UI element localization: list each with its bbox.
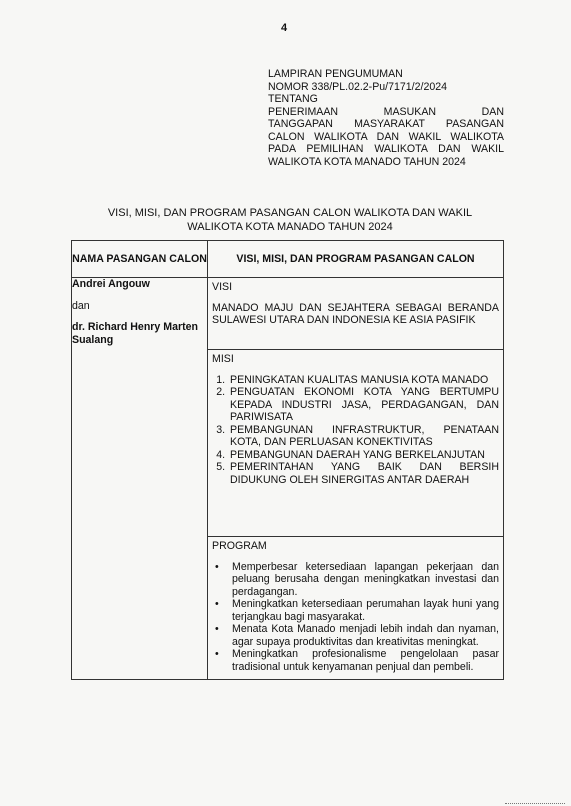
page-number: 4 bbox=[281, 22, 287, 34]
visi-section: VISI MANADO MAJU DAN SEJAHTERA SEBAGAI B… bbox=[208, 278, 503, 350]
program-item: Menata Kota Manado menjadi lebih indah d… bbox=[229, 623, 499, 648]
program-section: PROGRAM Memperbesar ketersediaan lapanga… bbox=[208, 537, 503, 679]
title-line: WALIKOTA KOTA MANADO TAHUN 2024 bbox=[60, 221, 520, 235]
misi-item: PENGUATAN EKONOMI KOTA YANG BERTUMPU KEP… bbox=[228, 386, 499, 424]
lampiran-line: WALIKOTA KOTA MANADO TAHUN 2024 bbox=[268, 156, 504, 169]
candidate-name-1: Andrei Angouw bbox=[72, 278, 207, 291]
lampiran-line: LAMPIRAN PENGUMUMAN bbox=[268, 68, 504, 81]
content-cell: VISI MANADO MAJU DAN SEJAHTERA SEBAGAI B… bbox=[208, 278, 504, 680]
header-visi-misi: VISI, MISI, DAN PROGRAM PASANGAN CALON bbox=[208, 241, 504, 278]
candidate-cell: Andrei Angouw dan dr. Richard Henry Mart… bbox=[72, 278, 208, 680]
misi-item: PENINGKATAN KUALITAS MANUSIA KOTA MANADO bbox=[228, 374, 499, 387]
visi-text: MANADO MAJU DAN SEJAHTERA SEBAGAI BERAND… bbox=[212, 302, 499, 327]
lampiran-line: CALON WALIKOTA DAN WAKIL WALIKOTA bbox=[268, 131, 504, 144]
title-line: VISI, MISI, DAN PROGRAM PASANGAN CALON W… bbox=[60, 207, 520, 221]
lampiran-line: PENERIMAAN MASUKAN DAN bbox=[268, 106, 504, 119]
program-label: PROGRAM bbox=[212, 540, 499, 553]
lampiran-line: TENTANG bbox=[268, 93, 504, 106]
lampiran-header: LAMPIRAN PENGUMUMAN NOMOR 338/PL.02.2-Pu… bbox=[268, 68, 504, 168]
misi-item: PEMBANGUNAN INFRASTRUKTUR, PENATAAN KOTA… bbox=[228, 424, 499, 449]
misi-label: MISI bbox=[212, 353, 499, 366]
program-item: Meningkatkan profesionalisme pengelolaan… bbox=[229, 648, 499, 673]
misi-item: PEMBANGUNAN DAERAH YANG BERKELANJUTAN bbox=[228, 449, 499, 462]
header-nama: NAMA PASANGAN CALON bbox=[72, 241, 208, 278]
document-title: VISI, MISI, DAN PROGRAM PASANGAN CALON W… bbox=[60, 207, 520, 234]
candidate-name-2: dr. Richard Henry Marten Sualang bbox=[72, 321, 207, 346]
scan-artifact bbox=[505, 803, 565, 804]
program-list: Memperbesar ketersediaan lapangan pekerj… bbox=[212, 561, 499, 674]
misi-item: PEMERINTAHAN YANG BAIK DAN BERSIH DIDUKU… bbox=[228, 461, 499, 486]
misi-section: MISI PENINGKATAN KUALITAS MANUSIA KOTA M… bbox=[208, 350, 503, 537]
candidate-conjunction: dan bbox=[72, 300, 207, 313]
lampiran-line: TANGGAPAN MASYARAKAT PASANGAN bbox=[268, 118, 504, 131]
misi-list: PENINGKATAN KUALITAS MANUSIA KOTA MANADO… bbox=[212, 374, 499, 487]
lampiran-line: PADA PEMILIHAN WALIKOTA DAN WAKIL bbox=[268, 143, 504, 156]
table-header-row: NAMA PASANGAN CALON VISI, MISI, DAN PROG… bbox=[72, 241, 504, 278]
program-item: Meningkatkan ketersediaan perumahan laya… bbox=[229, 598, 499, 623]
visi-misi-table: NAMA PASANGAN CALON VISI, MISI, DAN PROG… bbox=[71, 240, 504, 680]
table-row: Andrei Angouw dan dr. Richard Henry Mart… bbox=[72, 278, 504, 680]
visi-label: VISI bbox=[212, 281, 499, 294]
lampiran-number: NOMOR 338/PL.02.2-Pu/7171/2/2024 bbox=[268, 81, 504, 94]
program-item: Memperbesar ketersediaan lapangan pekerj… bbox=[229, 561, 499, 599]
